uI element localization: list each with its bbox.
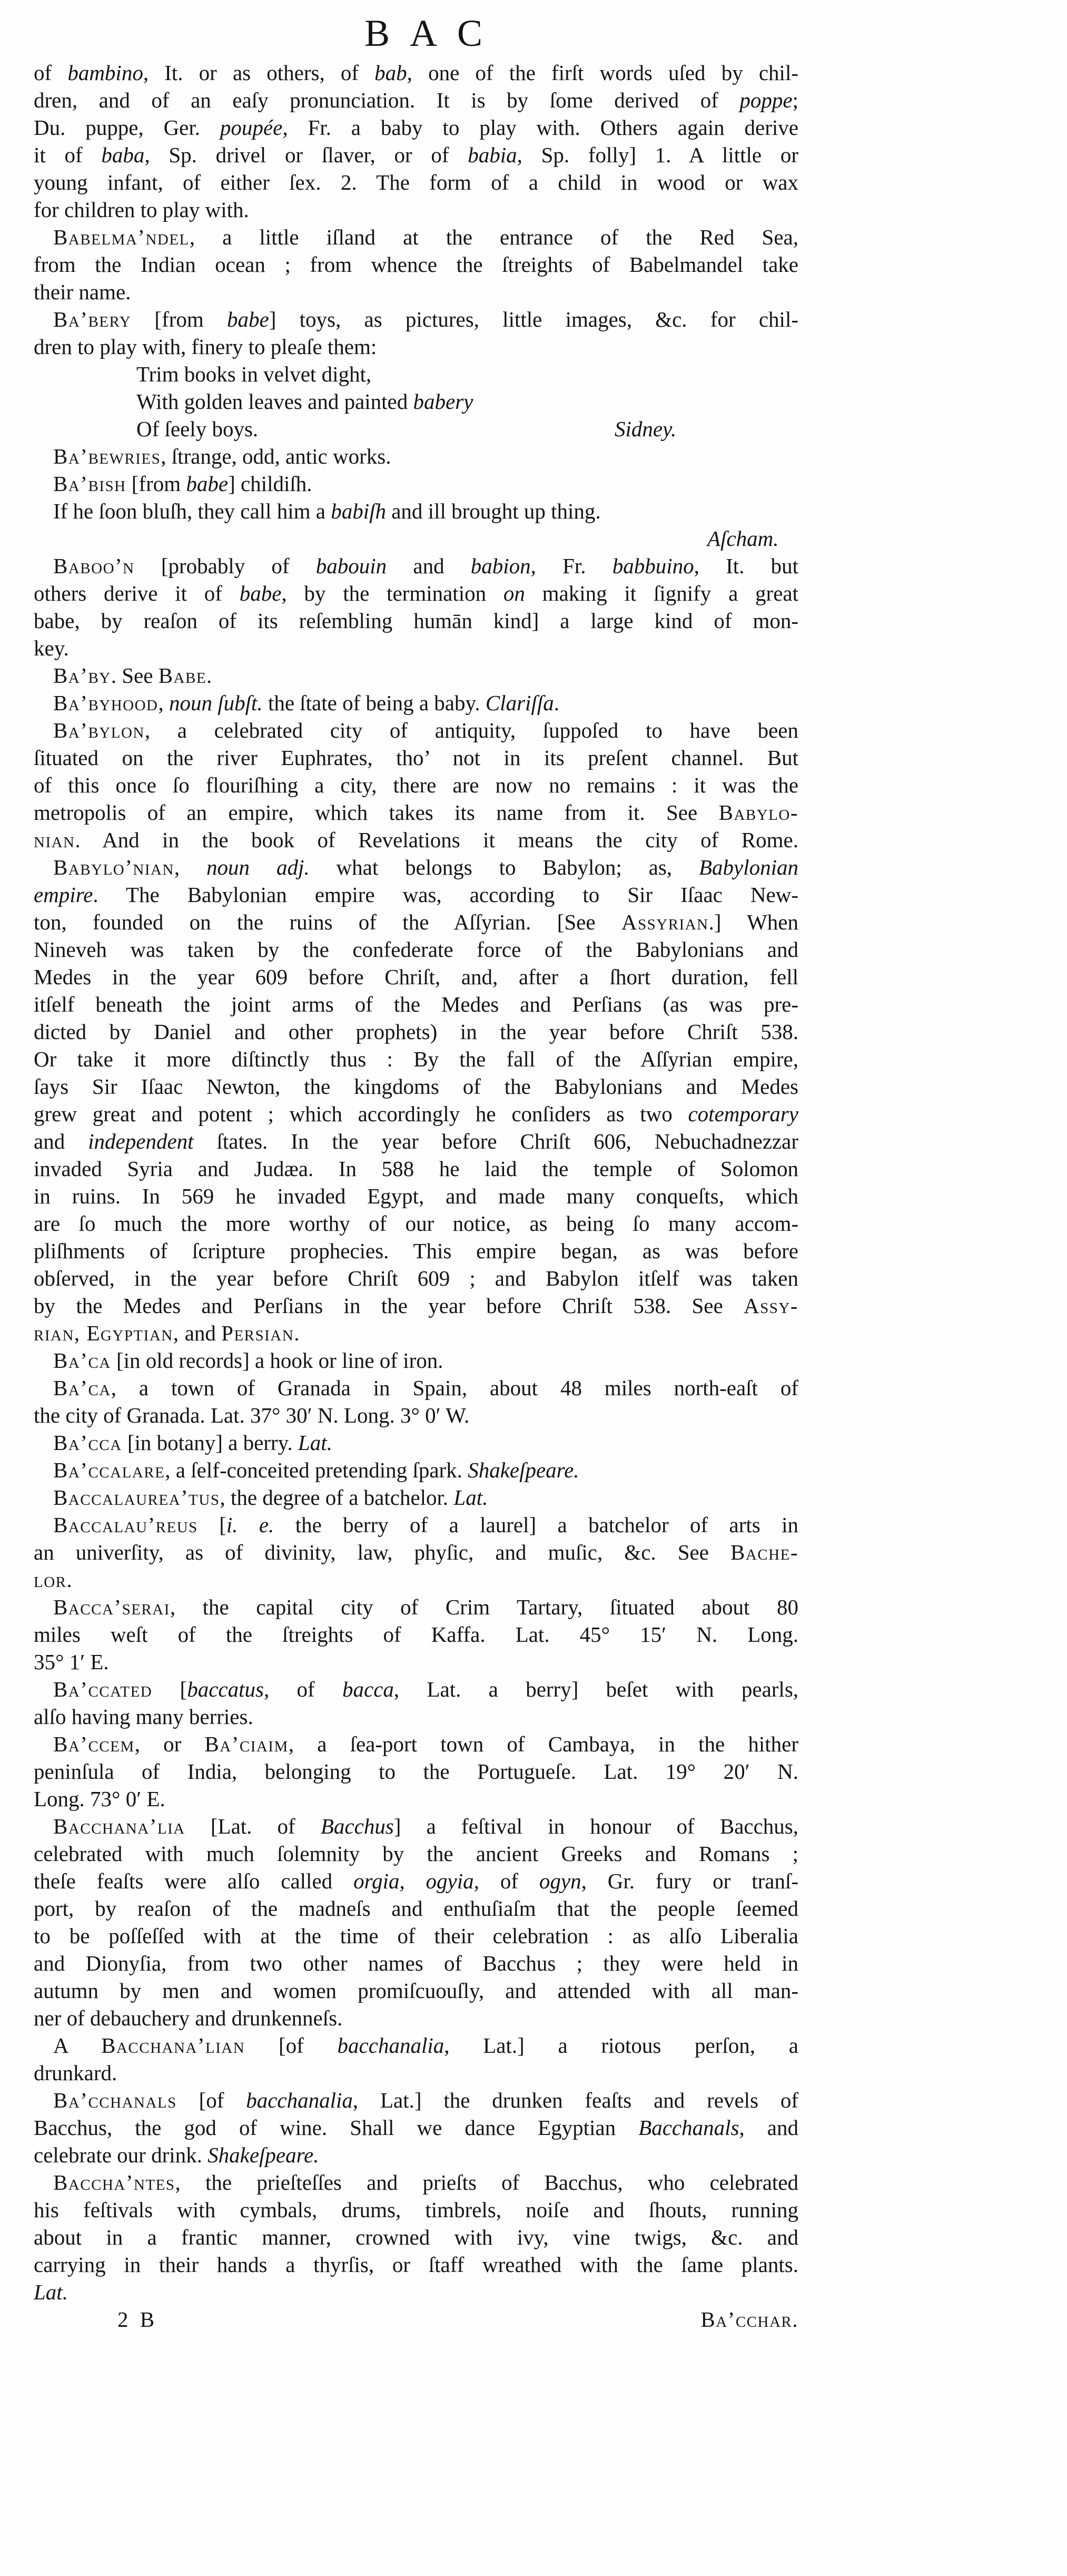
small-caps-text: Ba’ca [53,1376,111,1400]
italic-text: Lat. [298,1431,332,1455]
dictionary-page-scan: B A C of bambino, It. or as others, of b… [0,0,1067,2576]
italic-text: Shakeſpeare. [208,2143,319,2167]
text-line: With golden leaves and painted babery [34,388,798,415]
body-text: , the degree of a batchelor. [220,1485,453,1510]
body-text: by the Medes and Perſians in the year be… [34,1294,744,1318]
italic-text: babbuino [612,554,694,578]
text-line: dren to play with, finery to pleaſe them… [34,333,798,360]
body-text: celebrate our drink. [34,2143,208,2167]
body-text: from the Indian ocean ; from whence the … [34,252,798,277]
small-caps-text: Bacchana’lian [101,2033,245,2058]
text-line: Babylo’nian, noun adj. what belongs to B… [34,854,798,881]
body-text: his feſtivals with cymbals, drums, timbr… [34,2198,798,2222]
text-line: Ba’ccem, or Ba’ciaim, a ſea-port town of… [34,1730,798,1758]
small-caps-text: Ba’bery [53,307,131,331]
text-line: Baccha’ntes, the prieſteſſes and prieſts… [34,2169,798,2196]
small-caps-text: nian [34,828,75,852]
body-text: Medes in the year 609 before Chriſt, and… [34,965,798,989]
italic-text: baba [101,143,144,167]
body-text: ] toys, as pictures, little images, &c. … [269,307,798,331]
italic-text: babe [240,581,282,605]
body-text: . [294,1321,299,1345]
text-line: alſo having many berries. [34,1703,798,1730]
body-text: , a town of Granada in Spain, about 48 m… [111,1376,798,1400]
text-line: 35° 1′ E. [34,1648,798,1676]
body-text: celebrated with much ſolemnity by the an… [34,1842,798,1866]
body-text: an univerſity, as of divinity, law, phyſ… [34,1540,730,1564]
italic-text: babion [471,554,531,578]
text-line: Bacchana’lia [Lat. of Bacchus] a feſtiva… [34,1813,798,1840]
text-line: their name. [34,278,798,306]
running-head: B A C [295,12,558,55]
small-caps-text: Babe [159,663,206,688]
text-line: Ba’ca [in old records] a hook or line of… [34,1347,798,1374]
body-text: alſo having many berries. [34,1705,253,1729]
body-text: babe, by reaſon of its reſembling humān … [34,609,798,633]
italic-text: noun adj. [206,855,310,879]
text-line: Ba’bylon, a celebrated city of antiquity… [34,717,798,744]
body-text: ] childiſh. [228,472,312,496]
body-text: Nineveh was taken by the confederate for… [34,937,798,962]
text-line: others derive it of babe, by the termina… [34,580,798,607]
text-line: Babelma’ndel, a little iſland at the ent… [34,223,798,251]
body-text: , a celebrated city of antiquity, ſuppoſ… [145,718,798,742]
italic-text: poppe [739,88,792,112]
body-text: and [387,554,471,578]
body-text: dren to play with, finery to pleaſe them… [34,335,377,359]
body-text: , the prieſteſſes and prieſts of Bacchus… [175,2170,798,2195]
body-text: , by the termination [281,581,503,605]
text-line: his feſtivals with cymbals, drums, timbr… [34,2196,798,2224]
body-text: [from [131,307,227,331]
italic-text: independent [88,1129,193,1153]
italic-text: Bacchanals [638,2115,739,2140]
small-caps-text: Ba’ca [53,1348,111,1373]
text-line: Ba’ca, a town of Granada in Spain, about… [34,1374,798,1402]
small-caps-text: Assy- [744,1294,798,1318]
body-text: grew great and potent ; which accordingl… [34,1102,688,1126]
body-text: . See [111,663,159,688]
body-text: , Gr. fury or tranſ- [581,1869,798,1893]
text-line: Nineveh was taken by the confederate for… [34,936,798,963]
text-line: Ba’ccalare, a ſelf-conceited pretending … [34,1456,798,1484]
body-text: itſelf beneath the joint arms of the Med… [34,992,798,1016]
body-text: dren, and of an eaſy pronunciation. It i… [34,88,739,112]
body-text: and [179,1321,221,1345]
italic-text: babery [413,389,473,414]
body-text: , ſtrange, odd, antic works. [161,444,391,468]
body-text: of [479,1869,539,1893]
body-text: , or [135,1732,205,1756]
body-text: ] a feſtival in honour of Bacchus, [394,1814,798,1838]
small-caps-text: Baccalaurea’tus [53,1485,220,1510]
italic-text: Clariſſa [486,691,554,715]
body-text: Long. 73° 0′ E. [34,1787,165,1811]
text-column: of bambino, It. or as others, of bab, on… [34,59,798,2306]
body-text: [ [152,1677,187,1701]
italic-text: Shakeſpeare. [468,1458,579,1482]
italic-text: babia [468,143,517,167]
body-text: , Lat. a berry] beſet with pearls, [394,1677,798,1701]
italic-text: on [503,581,525,605]
small-caps-text: Ba’cca [53,1431,122,1455]
text-line: Bacchus, the god of wine. Shall we dance… [34,2114,798,2141]
italic-text: babouin [316,554,387,578]
body-text: what belongs to Babylon; as, [310,855,699,879]
text-line: Of ſeely boys.Sidney. [34,415,798,443]
body-text: ſays Sir Iſaac Newton, the kingdoms of t… [34,1074,798,1099]
body-text: , It. but [694,554,798,578]
body-text: , Lat.] a riotous perſon, a [444,2033,798,2058]
text-line: Lat. [34,2278,798,2306]
text-line: grew great and potent ; which accordingl… [34,1100,798,1128]
body-text: metropolis of an empire, which takes its… [34,800,719,825]
body-text: With golden leaves and painted [136,389,413,414]
text-line: Baccalaurea’tus, the degree of a batchel… [34,1484,798,1511]
small-caps-text: Ba’bylon [53,718,145,742]
text-line: carrying in their hands a thyrſis, or ſt… [34,2251,798,2278]
text-line: Du. puppe, Ger. poupée, Fr. a baby to pl… [34,114,798,141]
italic-text: empire [34,883,93,907]
small-caps-text: Ba’byhood [53,691,159,715]
body-text: ton, founded on the ruins of the Aſſyria… [34,910,621,934]
text-line: and independent ſtates. In the year befo… [34,1128,798,1155]
body-text: . [554,691,559,715]
italic-text: bacchanalia [338,2033,444,2058]
body-text: , one of the firſt words uſed by chil- [407,61,798,85]
body-text: , of [264,1677,342,1701]
italic-text: i. e. [226,1513,274,1537]
text-line: ſituated on the river Euphrates, tho’ no… [34,744,798,771]
body-text: , Fr. a baby to play with. Others again … [282,115,798,140]
small-caps-text: Babylo’nian [53,855,174,879]
small-caps-text: rian, Egyptian, [34,1321,179,1345]
page-footer: 2 B Ba’cchar. [34,2306,798,2333]
small-caps-text: Baccalau’reus [53,1513,198,1537]
body-text: Bacchus, the god of wine. Shall we dance… [34,2115,638,2140]
small-caps-text: Ba’ccalare [53,1458,165,1482]
body-text: for children to play with. [34,198,249,222]
small-caps-text: Ba’ccated [53,1677,152,1701]
italic-text: bambino [67,61,143,85]
italic-text: bab [374,61,407,85]
text-line: empire. The Babylonian empire was, accor… [34,881,798,908]
text-line: A Bacchana’lian [of bacchanalia, Lat.] a… [34,2032,798,2059]
text-line: dicted by Daniel and other prophets) in … [34,1018,798,1045]
body-text: autumn by men and women promiſcuouſly, a… [34,1978,798,2003]
body-text: If he ſoon bluſh, they call him a [53,499,331,523]
body-text: [in old records] a hook or line of iron. [111,1348,443,1373]
small-caps-text: Baboo’n [53,554,135,578]
italic-text: babe [227,307,269,331]
text-line: Ba’bewries, ſtrange, odd, antic works. [34,443,798,470]
body-text: Of ſeely boys. [136,417,258,441]
body-text: dicted by Daniel and other prophets) in … [34,1020,798,1044]
body-text: [Lat. of [185,1814,321,1838]
body-text: of [34,61,67,85]
body-text: , a ſelf-conceited pretending ſpark. [165,1458,468,1482]
body-text: A [53,2033,101,2058]
body-text: port, by reaſon of the madneſs and enthu… [34,1896,798,1921]
text-line: ton, founded on the ruins of the Aſſyria… [34,908,798,936]
text-line: drunkard. [34,2059,798,2087]
small-caps-text: lor [34,1568,67,1592]
italic-text: ogyn [539,1869,581,1893]
italic-text: Bacchus [321,1814,394,1838]
body-text: , It. or as others, of [143,61,374,85]
text-line: ſays Sir Iſaac Newton, the kingdoms of t… [34,1073,798,1100]
body-text: others derive it of [34,581,240,605]
text-line: babe, by reaſon of its reſembling humān … [34,607,798,634]
body-text: , and [739,2115,798,2140]
small-caps-text: Ba’bewries [53,444,161,468]
text-line: nian. And in the book of Revelations it … [34,826,798,854]
text-line: autumn by men and women promiſcuouſly, a… [34,1977,798,2004]
body-text: ; [793,88,798,112]
text-line: If he ſoon bluſh, they call him a babiſh… [34,497,798,525]
body-text: theſe feaſts were alſo called [34,1869,353,1893]
small-caps-text: Bacchana’lia [53,1814,185,1838]
italic-text: poupée [220,115,282,140]
text-line: dren, and of an eaſy pronunciation. It i… [34,86,798,114]
body-text: obſerved, in the year before Chriſt 609 … [34,1266,798,1290]
text-line: peninſula of India, belonging to the Por… [34,1758,798,1785]
text-line: Long. 73° 0′ E. [34,1785,798,1813]
text-line: it of baba, Sp. drivel or ſlaver, or of … [34,141,798,169]
text-line: ner of debauchery and drunkenneſs. [34,2004,798,2032]
body-text: ſtates. In the year before Chriſt 606, N… [194,1129,798,1153]
text-line: miles weſt of the ſtreights of Kaffa. La… [34,1621,798,1648]
text-line: Ba’bery [from babe] toys, as pictures, l… [34,306,798,333]
italic-text: bacca [342,1677,394,1701]
text-line: key. [34,634,798,662]
body-text: . The Babylonian empire was, according t… [93,883,798,907]
text-line: celebrate our drink. Shakeſpeare. [34,2141,798,2169]
body-text: the ſtate of being a baby. [263,691,486,715]
body-text: , the capital city of Crim Tartary, ſitu… [170,1595,798,1619]
body-text: about in a frantic manner, crowned with … [34,2225,798,2249]
body-text: , a little iſland at the entrance of the… [190,225,798,249]
small-caps-text: Babylo- [719,800,798,825]
text-line: of this once ſo flouriſhing a city, ther… [34,771,798,799]
italic-text: babiſh [331,499,386,523]
body-text: young infant, of either ſex. 2. The form… [34,170,798,194]
small-caps-text: Ba’ciaim [204,1732,288,1756]
italic-text: baccatus [187,1677,264,1701]
text-line: obſerved, in the year before Chriſt 609 … [34,1265,798,1292]
text-line: Ba’cca [in botany] a berry. Lat. [34,1429,798,1456]
body-text: the city of Granada. Lat. 37° 30′ N. Lon… [34,1403,469,1427]
text-line: and Dionyſia, from two other names of Ba… [34,1950,798,1977]
italic-text: Lat. [453,1485,488,1510]
body-text: . [67,1568,72,1592]
small-caps-text: Persian [221,1321,294,1345]
text-line: pliſhments of ſcripture prophecies. This… [34,1237,798,1265]
body-text: .] When [709,910,798,934]
small-caps-text: Bache- [730,1540,798,1564]
body-text: key. [34,636,69,660]
body-text: , [159,691,170,715]
text-line: about in a frantic manner, crowned with … [34,2224,798,2251]
text-line: invaded Syria and Judæa. In 588 he laid … [34,1155,798,1182]
body-text: making it ſignify a great [525,581,798,605]
text-line: Baboo’n [probably of babouin and babion,… [34,552,798,580]
body-text: to be poſſeſſed with at the time of thei… [34,1924,798,1948]
body-text: miles weſt of the ſtreights of Kaffa. La… [34,1622,798,1647]
body-text: invaded Syria and Judæa. In 588 he laid … [34,1157,798,1181]
body-text: , Sp. drivel or ſlaver, or of [144,143,468,167]
body-text: and [34,1129,88,1153]
text-line: Aſcham. [34,525,798,552]
text-line: celebrated with much ſolemnity by the an… [34,1840,798,1867]
italic-text: bacchanalia [246,2088,353,2112]
body-text: and ill brought up thing. [386,499,601,523]
body-text: , a ſea-port town of Cambaya, in the hit… [289,1732,798,1756]
body-text: Du. puppe, Ger. [34,115,220,140]
text-line: rian, Egyptian, and Persian. [34,1319,798,1347]
text-line: Ba’by. See Babe. [34,662,798,689]
italic-text: Aſcham. [707,526,779,551]
body-text: [of [177,2088,246,2112]
text-line: Medes in the year 609 before Chriſt, and… [34,963,798,991]
text-line: are ſo much the more worthy of our notic… [34,1210,798,1237]
body-text: . And in the book of Revelations it mean… [75,828,799,852]
body-text: their name. [34,280,131,304]
italic-text: Lat. [34,2280,68,2304]
text-line: Ba’ccated [baccatus, of bacca, Lat. a be… [34,1676,798,1703]
small-caps-text: Baccha’ntes [53,2170,175,2195]
body-text: , Fr. [531,554,612,578]
body-text: ſituated on the river Euphrates, tho’ no… [34,746,798,770]
small-caps-text: Assyrian [621,910,709,934]
body-text: 35° 1′ E. [34,1650,109,1674]
small-caps-text: Ba’by [53,663,111,688]
body-text: drunkard. [34,2061,117,2085]
small-caps-text: Ba’bish [53,472,126,496]
text-line: the city of Granada. Lat. 37° 30′ N. Lon… [34,1402,798,1429]
text-line: from the Indian ocean ; from whence the … [34,251,798,278]
body-text: ner of debauchery and drunkenneſs. [34,2006,342,2030]
body-text: [in botany] a berry. [122,1431,298,1455]
body-text: , [174,855,206,879]
body-text: carrying in their hands a thyrſis, or ſt… [34,2252,798,2277]
body-text: . [206,663,212,688]
italic-text: orgia, ogyia, [353,1869,479,1893]
body-text: , Lat.] the drunken feaſts and revels of [353,2088,798,2112]
text-line: of bambino, It. or as others, of bab, on… [34,59,798,86]
small-caps-text: Babelma’ndel [53,225,190,249]
body-text: [ [198,1513,226,1537]
italic-text: babe [186,472,228,496]
catchword: Ba’cchar. [700,2306,798,2333]
body-text: [from [126,472,186,496]
small-caps-text: Ba’cchanals [53,2088,177,2112]
body-text: [probably of [135,554,316,578]
body-text: Trim books in velvet dight, [136,362,371,386]
text-line: Or take it more diſtinctly thus : By the… [34,1045,798,1073]
italic-text: cotemporary [688,1102,798,1126]
body-text: Or take it more diſtinctly thus : By the… [34,1047,798,1071]
text-line: Ba’bish [from babe] childiſh. [34,470,798,497]
italic-text: noun ſubſt. [169,691,263,715]
text-line: for children to play with. [34,196,798,223]
body-text: peninſula of India, belonging to the Por… [34,1759,798,1784]
text-line: Trim books in velvet dight, [34,360,798,388]
body-text: , Sp. folly] 1. A little or [517,143,798,167]
body-text: in ruins. In 569 he invaded Egypt, and m… [34,1184,798,1208]
small-caps-text: Ba’ccem [53,1732,135,1756]
text-line: itſelf beneath the joint arms of the Med… [34,991,798,1018]
text-line: Bacca’serai, the capital city of Crim Ta… [34,1593,798,1621]
text-line: in ruins. In 569 he invaded Egypt, and m… [34,1182,798,1210]
body-text: the berry of a laurel] a batchelor of ar… [274,1513,798,1537]
text-line: Baccalau’reus [i. e. the berry of a laur… [34,1511,798,1539]
text-line: lor. [34,1566,798,1593]
body-text: it of [34,143,101,167]
text-line: an univerſity, as of divinity, law, phyſ… [34,1539,798,1566]
text-line: Ba’cchanals [of bacchanalia, Lat.] the d… [34,2087,798,2114]
text-line: metropolis of an empire, which takes its… [34,799,798,826]
small-caps-text: Bacca’serai [53,1595,170,1619]
italic-text: Babylonian [699,855,798,879]
body-text: are ſo much the more worthy of our notic… [34,1211,798,1236]
text-line: port, by reaſon of the madneſs and enthu… [34,1895,798,1922]
text-line: to be poſſeſſed with at the time of thei… [34,1922,798,1950]
body-text: pliſhments of ſcripture prophecies. This… [34,1239,798,1263]
text-line: young infant, of either ſex. 2. The form… [34,169,798,196]
attribution: Sidney. [615,415,676,443]
body-text: and Dionyſia, from two other names of Ba… [34,1951,798,1975]
body-text: [of [245,2033,337,2058]
text-line: Ba’byhood, noun ſubſt. the ſtate of bein… [34,689,798,717]
body-text: of this once ſo flouriſhing a city, ther… [34,773,798,797]
gathering-signature: 2 B [117,2306,157,2333]
text-line: by the Medes and Perſians in the year be… [34,1292,798,1319]
text-line: theſe feaſts were alſo called orgia, ogy… [34,1867,798,1895]
